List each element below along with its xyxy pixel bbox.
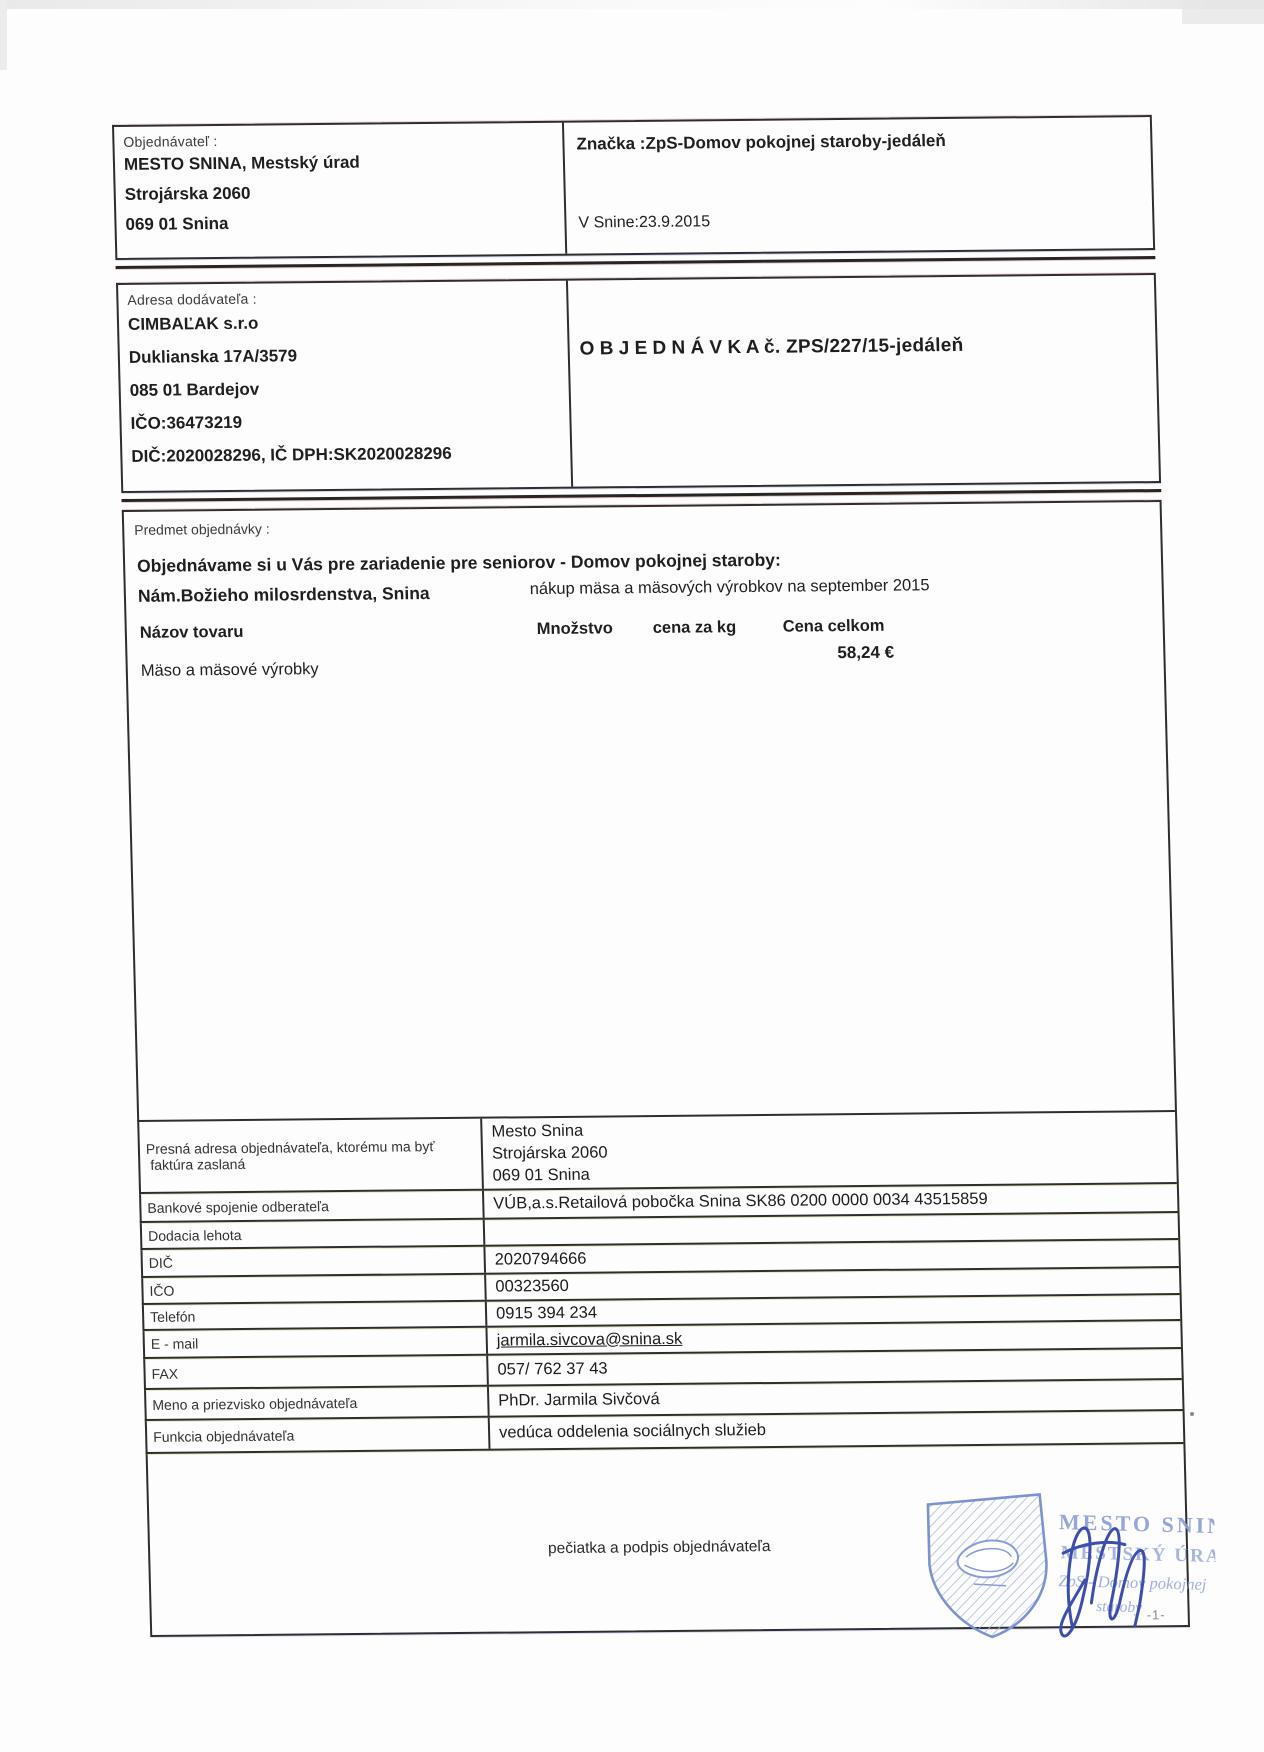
orderer-address-cell: Objednávateľ : MESTO SNINA, Mestský úrad… [114, 123, 567, 258]
item-total-price: 58,24 € [837, 643, 894, 664]
supplier-box: Adresa dodávateľa : CIMBAĽAK s.r.o Dukli… [116, 273, 1161, 493]
row-value: Mesto Snina Strojárska 2060 069 01 Snina [482, 1112, 1177, 1189]
orderer-street: Strojárska 2060 [124, 176, 564, 210]
column-header-quantity: Množstvo [537, 619, 614, 639]
orderer-city: 069 01 Snina [125, 206, 565, 240]
ico-value: 00323560 [486, 1268, 1179, 1300]
row-label-line2: faktúra zaslaná [146, 1154, 481, 1173]
column-header-total: Cena celkom [782, 617, 884, 637]
details-table: Presná adresa objednávateľa, ktorému ma … [137, 1110, 1183, 1454]
stamp-text-line3: ZpS - Domov pokojnej [1058, 1571, 1207, 1594]
scan-edge-artifact-left [0, 0, 7, 70]
orderer-function-value: vedúca oddelenia sociálnych služieb [490, 1411, 1184, 1449]
subject-intro: Objednávame si u Vás pre zariadenie pre … [137, 550, 781, 577]
row-label: E - mail [143, 1328, 489, 1357]
orderer-person-value: PhDr. Jarmila Sivčová [489, 1380, 1183, 1416]
orderer-box: Objednávateľ : MESTO SNINA, Mestský úrad… [112, 115, 1155, 260]
email-value: jarmila.sivcova@snina.sk [487, 1321, 1180, 1354]
supplier-dic: DIČ:2020028296, IČ DPH:SK2020028296 [131, 436, 571, 473]
bank-connection-value: VÚB,a.s.Retailová pobočka Snina SK86 020… [484, 1184, 1178, 1218]
column-header-item: Názov tovaru [140, 623, 244, 643]
scanned-order-document: Objednávateľ : MESTO SNINA, Mestský úrad… [112, 115, 1190, 1640]
row-label: Bankové spojenie odberateľa [139, 1191, 485, 1221]
page-number: -1- [1147, 1607, 1166, 1622]
row-label: IČO [141, 1275, 487, 1303]
orderer-name: MESTO SNINA, Mestský úrad [124, 146, 564, 180]
supplier-ico: IČO:36473219 [130, 403, 570, 440]
order-number-cell: O B J E D N Á V K A č. ZPS/227/15-jedále… [568, 275, 1159, 487]
fax-value: 057/ 762 37 43 [488, 1349, 1182, 1385]
stamp-caption: pečiatka a podpis objednávateľa [548, 1538, 771, 1558]
order-subject-box: Predmet objednávky : Objednávame si u Vá… [122, 500, 1190, 1637]
item-name: Mäso a mäsové výrobky [141, 660, 319, 681]
supplier-address-cell: Adresa dodávateľa : CIMBAĽAK s.r.o Dukli… [118, 281, 573, 491]
official-stamp: MESTO SNINA MESTSKÝ ÚRAD ZpS - Domov pok… [911, 1482, 1217, 1655]
order-number: č. ZPS/227/15-jedáleň [764, 335, 964, 358]
row-label: Presná adresa objednávateľa, ktorému ma … [137, 1119, 484, 1192]
order-word: O B J E D N Á V K A [579, 337, 759, 360]
order-mark-cell: Značka :ZpS-Domov pokojnej staroby-jedál… [564, 117, 1153, 254]
row-label: Telefón [142, 1302, 488, 1329]
row-label: FAX [143, 1356, 489, 1388]
row-label: Dodacia lehota [140, 1220, 486, 1248]
scan-speck [1190, 1412, 1194, 1416]
column-header-unit-price: cena za kg [653, 618, 737, 638]
dic-value: 2020794666 [485, 1240, 1178, 1273]
supplier-name: CIMBAĽAK s.r.o [128, 304, 568, 341]
supplier-city: 085 01 Bardejov [129, 370, 569, 407]
row-label: Funkcia objednávateľa [145, 1418, 491, 1452]
order-title: O B J E D N Á V K A č. ZPS/227/15-jedále… [579, 335, 963, 361]
stamp-text-line1: MESTO SNINA [1059, 1509, 1218, 1539]
row-label: Meno a priezvisko objednávateľa [144, 1387, 490, 1419]
supplier-street: Duklianska 17A/3579 [128, 337, 568, 374]
scan-edge-artifact-corner [1182, 0, 1264, 24]
shield-icon [928, 1494, 1049, 1637]
place-and-date: V Snine:23.9.2015 [578, 213, 710, 232]
delivery-term-value [485, 1213, 1178, 1245]
subject-address: Nám.Božieho milosrdenstva, Snina [138, 583, 430, 607]
subject-note: nákup mäsa a mäsových výrobkov na septem… [530, 576, 930, 599]
subject-label: Predmet objednávky : [134, 521, 270, 538]
scan-edge-artifact-top [0, 0, 1264, 9]
row-label: DIČ [140, 1247, 486, 1276]
table-row: Presná adresa objednávateľa, ktorému ma … [137, 1112, 1177, 1194]
order-mark: Značka :ZpS-Domov pokojnej staroby-jedál… [576, 129, 1150, 155]
